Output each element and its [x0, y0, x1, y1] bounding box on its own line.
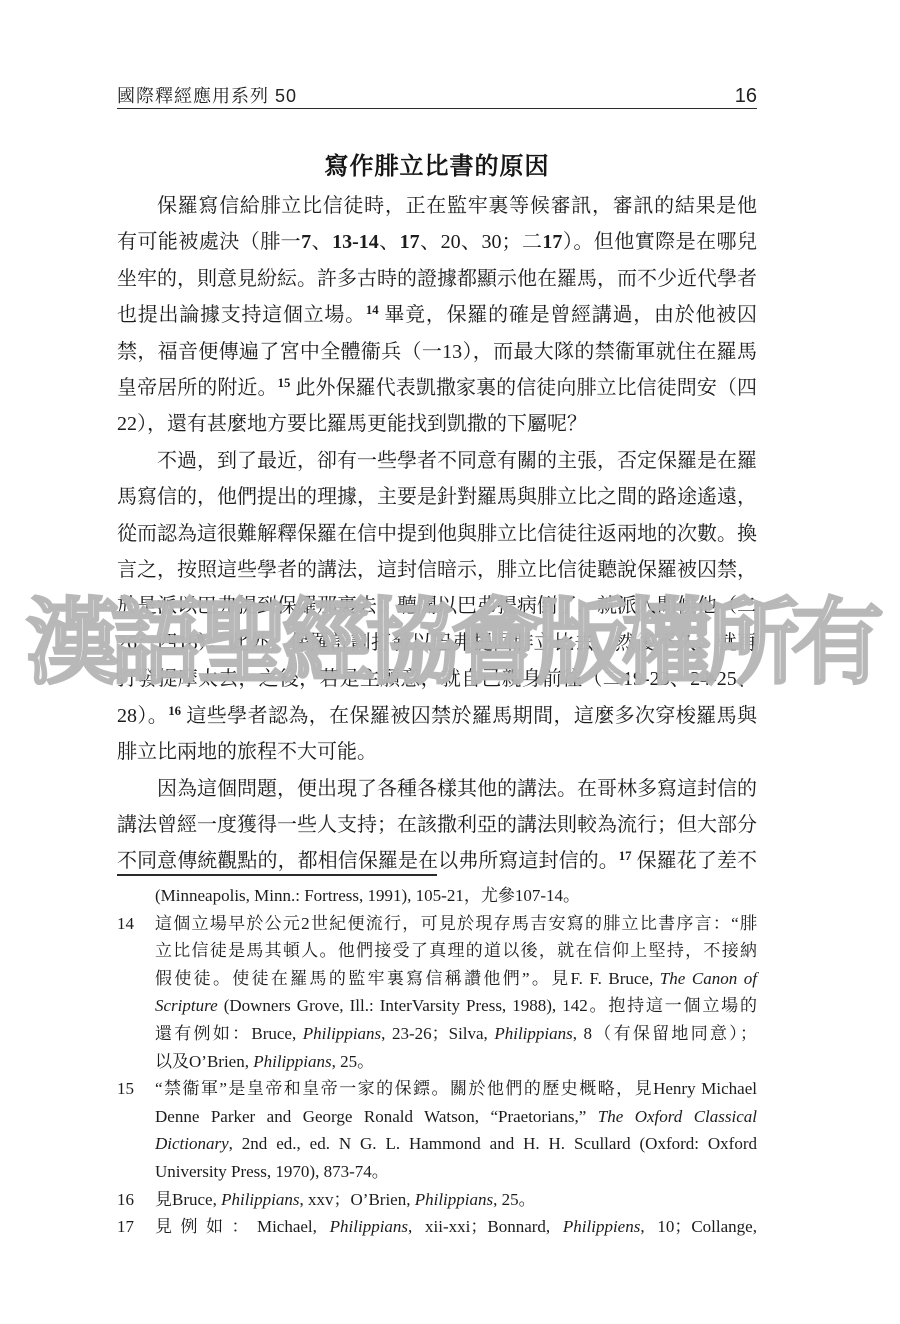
body-line: 28）。16 這些學者認為，在保羅被囚禁於羅馬期間，這麼多次穿梭羅馬與 [117, 698, 757, 734]
body-line: 言之，按照這些學者的講法，這封信暗示，腓立比信徒聽說保羅被囚禁， [117, 552, 757, 588]
footnote-ref: 15 [278, 376, 291, 390]
body-line: 從而認為這很難解釋保羅在信中提到他與腓立比信徒往返兩地的次數。換 [117, 516, 757, 552]
body-text: 保羅寫信給腓立比信徒時，正在監牢裏等候審訊，審訊的結果是他有可能被處決（腓一7、… [117, 188, 757, 880]
footnote-ref: 16 [168, 704, 181, 718]
paragraph: 不過，到了最近，卻有一些學者不同意有關的主張，否定保羅是在羅馬寫信的，他們提出的… [117, 443, 757, 771]
footnote-ref: 14 [366, 303, 379, 317]
body-line: 26；四18）。此外，保羅計劃打發以巴弗提回腓立比去，然後不久，就再 [117, 625, 757, 661]
footnote: 17見例如：Michael, Philippians, xii-xxi；Bonn… [117, 1213, 757, 1241]
footnote-line: University Press, 1970), 873-74。 [155, 1158, 757, 1186]
footnote-line: 立比信徒是馬其頓人。他們接受了真理的道以後，就在信仰上堅持，不接納 [155, 937, 757, 965]
body-line: 不過，到了最近，卻有一些學者不同意有關的主張，否定保羅是在羅 [117, 443, 757, 479]
footnote-number: 16 [117, 1186, 134, 1214]
footnote-line: 假使徒。使徒在羅馬的監牢裏寫信稱讚他們”。見F. F. Bruce, The C… [155, 965, 757, 993]
body-line: 打發提摩太去，之後，若是主願意，就自己親身前往（二19-23、24-25、 [117, 661, 757, 697]
footnote-line: 以及O’Brien, Philippians, 25。 [155, 1048, 757, 1076]
body-line: 因為這個問題，便出現了各種各樣其他的講法。在哥林多寫這封信的 [117, 771, 757, 807]
footnote-line: Dictionary, 2nd ed., ed. N G. L. Hammond… [155, 1130, 757, 1158]
footnote: 15“禁衞軍”是皇帝和皇帝一家的保鏢。關於他們的歷史概略，見Henry Mich… [117, 1075, 757, 1185]
body-line: 講法曾經一度獲得一些人支持；在該撒利亞的講法則較為流行；但大部分 [117, 807, 757, 843]
page-header: 國際釋經應用系列 50 16 [117, 82, 757, 108]
footnote-separator [117, 874, 437, 876]
body-line: 有可能被處決（腓一7、13-14、17、20、30；二17）。但他實際是在哪兒 [117, 224, 757, 260]
body-line: 腓立比兩地的旅程不大可能。 [117, 734, 757, 770]
footnote-number: 15 [117, 1075, 134, 1103]
footnote-line: Denne Parker and George Ronald Watson, “… [155, 1103, 757, 1131]
body-line: 禁，福音便傳遍了宮中全體衞兵（一13），而最大隊的禁衞軍就住在羅馬 [117, 334, 757, 370]
body-line: 保羅寫信給腓立比信徒時，正在監牢裏等候審訊，審訊的結果是他 [117, 188, 757, 224]
paragraph: 因為這個問題，便出現了各種各樣其他的講法。在哥林多寫這封信的講法曾經一度獲得一些… [117, 771, 757, 880]
header-rule [117, 108, 757, 109]
page-number: 16 [735, 85, 757, 108]
page-container: 國際釋經應用系列 50 16 寫作腓立比書的原因 保羅寫信給腓立比信徒時，正在監… [0, 0, 900, 1324]
section-title: 寫作腓立比書的原因 [117, 146, 757, 181]
body-line: 於是派以巴弗提到保羅那裏去；聽聞以巴弗提病倒了，就派人問候他（二 [117, 588, 757, 624]
footnote: 16見Bruce, Philippians, xxv；O’Brien, Phil… [117, 1186, 757, 1214]
footnote-line: 這個立場早於公元2世紀便流行，可見於現存馬吉安寫的腓立比書序言：“腓 [155, 910, 757, 938]
footnote-line: “禁衞軍”是皇帝和皇帝一家的保鏢。關於他們的歷史概略，見Henry Michae… [155, 1075, 757, 1103]
footnote-number: 17 [117, 1213, 134, 1241]
footnote-ref: 17 [619, 849, 632, 863]
body-line: 馬寫信的，他們提出的理據，主要是針對羅馬與腓立比之間的路途遙遠， [117, 479, 757, 515]
body-line: 皇帝居所的附近。15 此外保羅代表凱撒家裏的信徒向腓立比信徒問安（四 [117, 370, 757, 406]
body-line: 也提出論據支持這個立場。14 畢竟，保羅的確是曾經講過，由於他被囚 [117, 297, 757, 333]
footnote-number: 14 [117, 910, 134, 938]
footnote-line: 還有例如：Bruce, Philippians, 23-26；Silva, Ph… [155, 1020, 757, 1048]
footnote: 14這個立場早於公元2世紀便流行，可見於現存馬吉安寫的腓立比書序言：“腓立比信徒… [117, 910, 757, 1076]
footnote-line: 見Bruce, Philippians, xxv；O’Brien, Philip… [155, 1186, 757, 1214]
footnote-line: 見例如：Michael, Philippians, xii-xxi；Bonnar… [155, 1213, 757, 1241]
body-line: 22），還有甚麼地方要比羅馬更能找到凱撒的下屬呢？ [117, 406, 757, 442]
paragraph: 保羅寫信給腓立比信徒時，正在監牢裏等候審訊，審訊的結果是他有可能被處決（腓一7、… [117, 188, 757, 443]
body-line: 坐牢的，則意見紛紜。許多古時的證據都顯示他在羅馬，而不少近代學者 [117, 261, 757, 297]
series-title: 國際釋經應用系列 50 [117, 82, 297, 108]
footnotes: (Minneapolis, Minn.: Fortress, 1991), 10… [117, 882, 757, 1241]
footnote-line: (Minneapolis, Minn.: Fortress, 1991), 10… [155, 882, 757, 910]
footnote-line: Scripture (Downers Grove, Ill.: InterVar… [155, 992, 757, 1020]
footnote: (Minneapolis, Minn.: Fortress, 1991), 10… [117, 882, 757, 910]
